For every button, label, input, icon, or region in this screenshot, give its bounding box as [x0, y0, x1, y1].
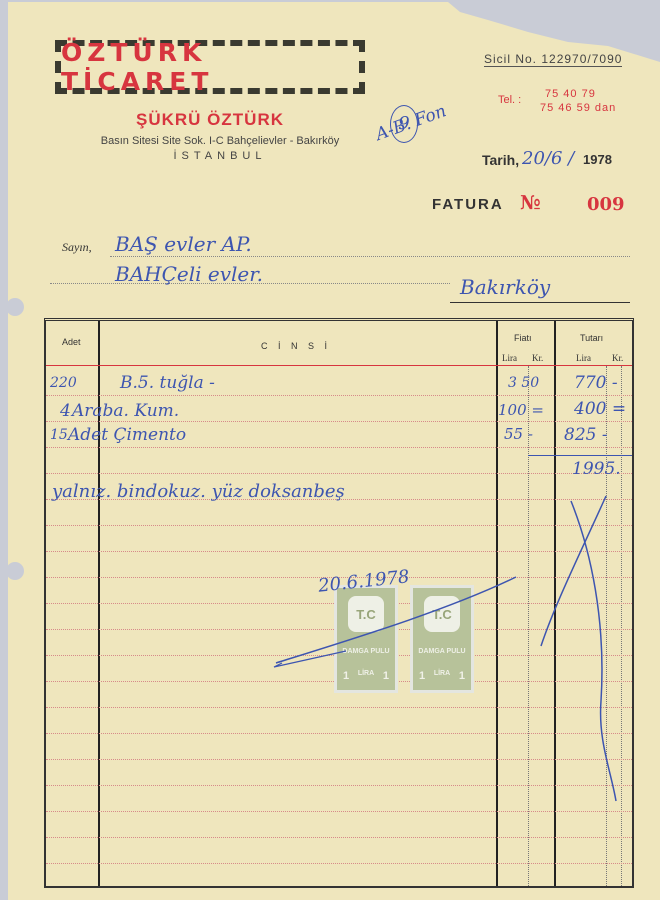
date-value: 20/6 /: [522, 148, 574, 169]
owner-name: ŞÜKRÜ ÖZTÜRK: [55, 110, 365, 130]
date-label: Tarih,: [482, 152, 519, 168]
handwritten-strokes: [46, 321, 636, 891]
tel-label: Tel. :: [498, 94, 521, 106]
tel-number-2: 75 46 59 dan: [540, 102, 616, 114]
customer-line-1: [110, 256, 630, 257]
company-address: Basın Sitesi Site Sok. I-C Bahçelievler …: [55, 135, 385, 147]
customer-name-line-2: BAHÇeli evler.: [115, 262, 263, 286]
number-sign: №: [520, 192, 541, 214]
punch-hole: [6, 562, 24, 580]
invoice-number: 009: [587, 194, 625, 215]
company-name: ÖZTÜRK TİCARET: [61, 38, 359, 96]
invoice-table: Adet C İ N S İ Fiatı Tutarı Lira Kr. Lir…: [44, 318, 634, 888]
punch-hole: [6, 298, 24, 316]
customer-name-line-1: BAŞ evler AP.: [115, 232, 252, 256]
customer-label: Sayın,: [62, 240, 92, 255]
district-underline: [450, 302, 630, 303]
tel-number-1: 75 40 79: [545, 88, 596, 100]
date-year: 1978: [583, 152, 612, 167]
company-logo-frame: ÖZTÜRK TİCARET: [55, 40, 365, 94]
company-city: İSTANBUL: [55, 150, 385, 162]
registry-number: Sicil No. 122970/7090: [484, 52, 622, 67]
customer-district: Bakırköy: [460, 275, 550, 299]
invoice-title: FATURA: [432, 196, 504, 213]
